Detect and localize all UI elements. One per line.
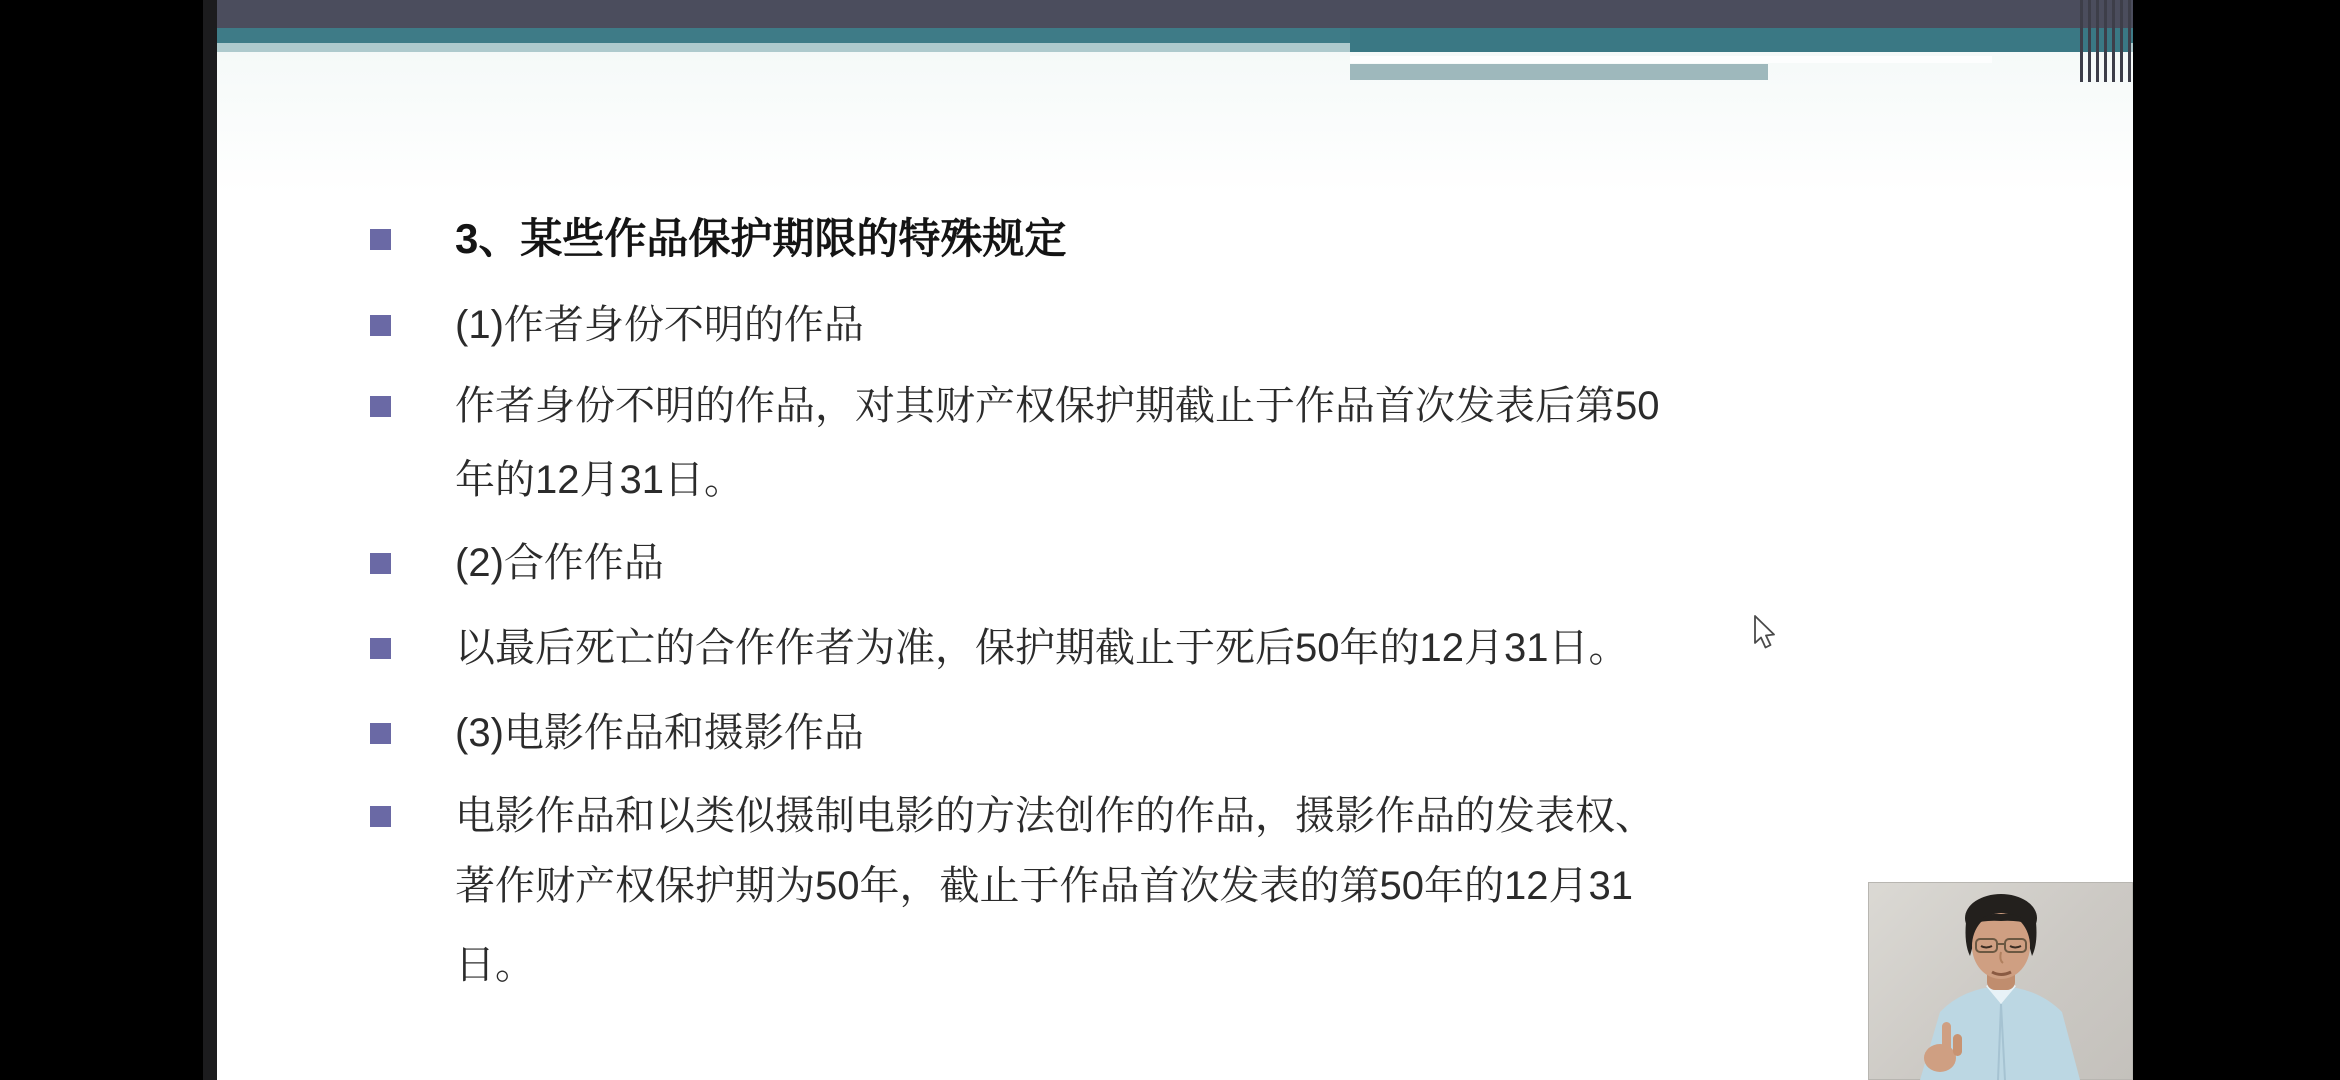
- mouse-cursor-icon: [1753, 615, 1779, 651]
- bullet-text: (2)合作作品: [455, 538, 664, 588]
- presenter-illustration: [1868, 882, 2133, 1080]
- presentation-slide: 3、某些作品保护期限的特殊规定 (1)作者身份不明的作品 作者身份不明的作品，对…: [217, 0, 2133, 1080]
- bullet-square-icon: [370, 396, 391, 417]
- bullet-text: 著作财产权保护期为50年，截止于作品首次发表的第50年的12月31: [455, 861, 1633, 911]
- slide-title: 3、某些作品保护期限的特殊规定: [455, 214, 1066, 264]
- bullet-text: (1)作者身份不明的作品: [455, 300, 864, 350]
- slide-title-row: 3、某些作品保护期限的特殊规定: [370, 214, 1066, 264]
- bullet-square-icon: [370, 315, 391, 336]
- bullet-row-6-continuation: 著作财产权保护期为50年，截止于作品首次发表的第50年的12月31: [455, 861, 1633, 911]
- bullet-square-icon: [370, 723, 391, 744]
- video-frame: { "window": { "background_color": "#0000…: [0, 0, 2340, 1080]
- bullet-text: (3)电影作品和摄影作品: [455, 708, 864, 758]
- bullet-row-4: 以最后死亡的合作作者为准，保护期截止于死后50年的12月31日。: [370, 623, 1628, 673]
- letterbox-right: [2133, 0, 2340, 1080]
- header-bar-gray-right: [1350, 64, 1768, 80]
- bullet-text: 日。: [455, 940, 535, 990]
- bullet-row-6-continuation-2: 日。: [455, 940, 535, 990]
- bullet-square-icon: [370, 553, 391, 574]
- bullet-row-2-continuation: 年的12月31日。: [455, 455, 744, 505]
- header-bar-dark: [217, 0, 2133, 28]
- bullet-text: 电影作品和以类似摄制电影的方法创作的作品，摄影作品的发表权、: [455, 791, 1655, 841]
- bullet-square-icon: [370, 638, 391, 659]
- bullet-row-6: 电影作品和以类似摄制电影的方法创作的作品，摄影作品的发表权、: [370, 791, 1655, 841]
- bullet-square-icon: [370, 229, 391, 250]
- bullet-row-2: 作者身份不明的作品，对其财产权保护期截止于作品首次发表后第50: [370, 381, 1660, 431]
- bullet-row-3: (2)合作作品: [370, 538, 664, 588]
- bullet-text: 年的12月31日。: [455, 455, 744, 505]
- letterbox-left: [0, 0, 203, 1080]
- bullet-text: 作者身份不明的作品，对其财产权保护期截止于作品首次发表后第50: [455, 381, 1660, 431]
- bullet-row-5: (3)电影作品和摄影作品: [370, 708, 864, 758]
- presenter-webcam-overlay[interactable]: [1868, 882, 2133, 1080]
- header-bar-teal-right: [1350, 28, 2131, 52]
- bullet-square-icon: [370, 806, 391, 827]
- bullet-text: 以最后死亡的合作作者为准，保护期截止于死后50年的12月31日。: [455, 623, 1628, 673]
- slide-left-border: [203, 0, 217, 1080]
- bullet-row-1: (1)作者身份不明的作品: [370, 300, 864, 350]
- header-line-white: [1350, 56, 1992, 63]
- header-vertical-lines-decoration: [2075, 0, 2131, 82]
